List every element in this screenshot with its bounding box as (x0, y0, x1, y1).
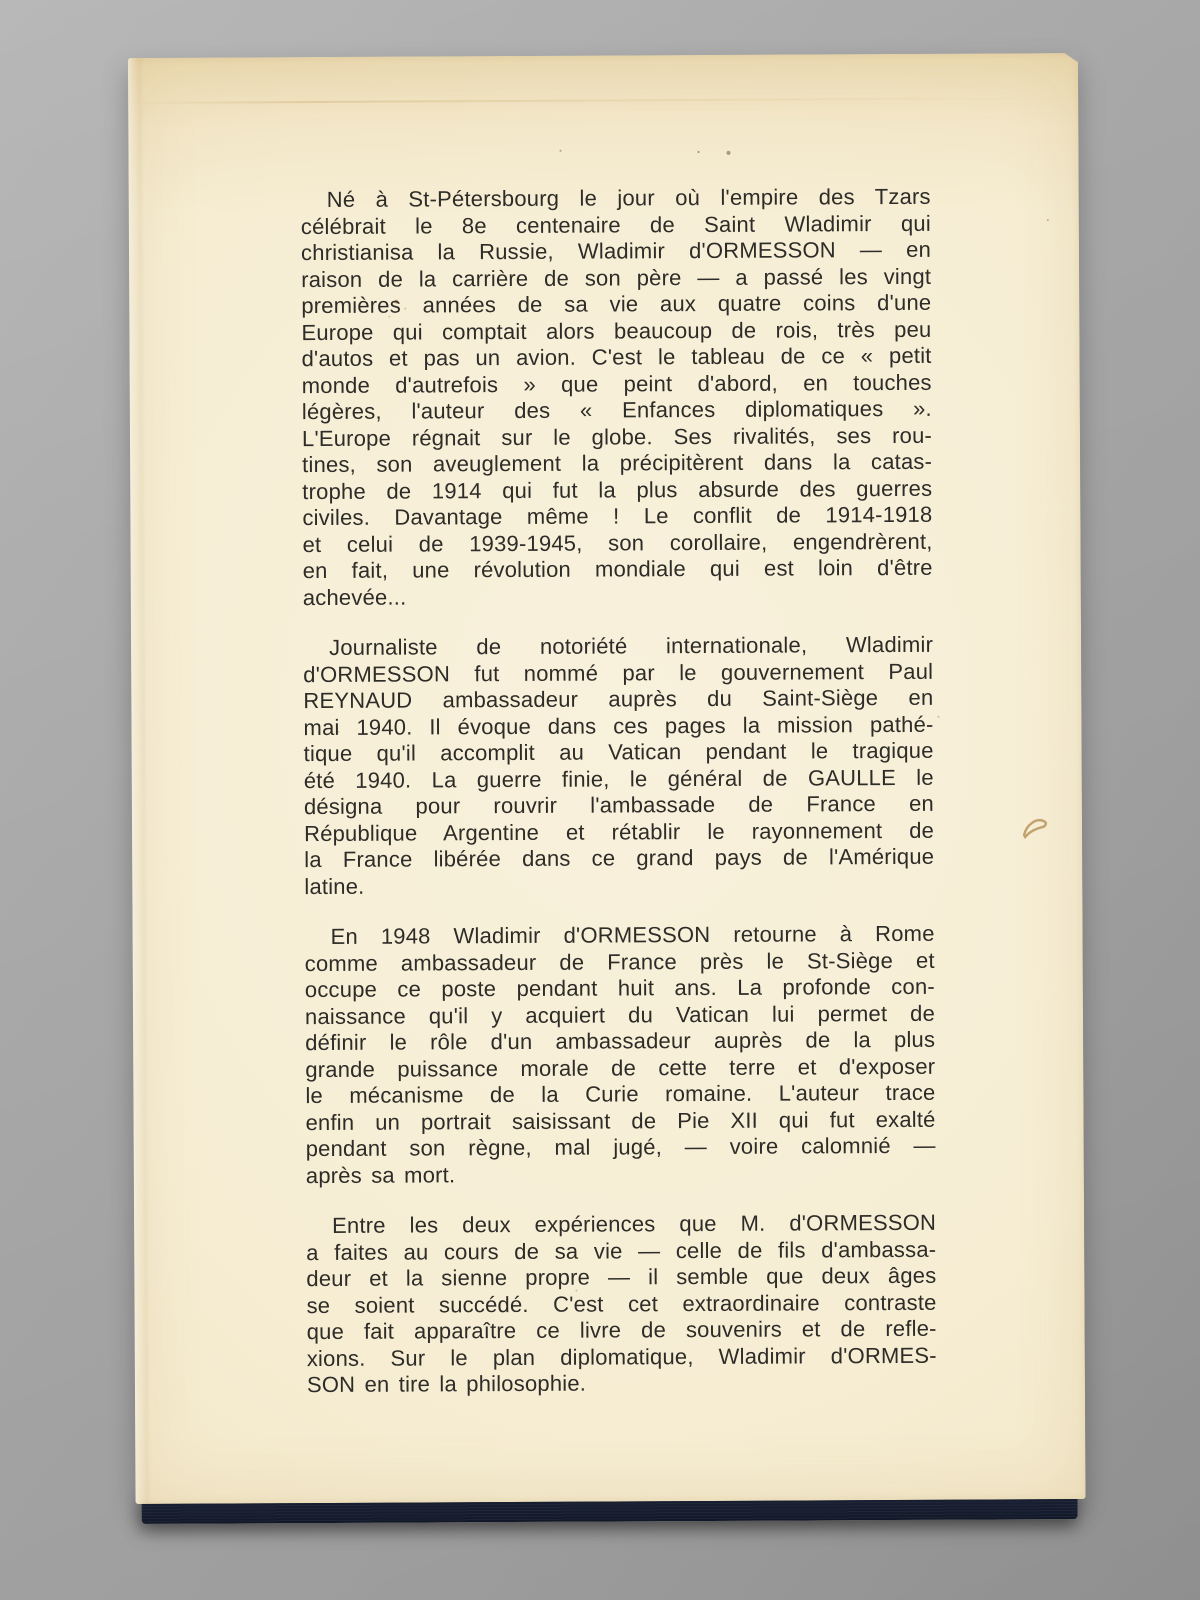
text-line: SON en tire la philosophie. (307, 1369, 937, 1399)
text-line: après sa mort. (306, 1159, 936, 1189)
text-line: d'autos et pas un avion. C'est le tablea… (302, 343, 932, 373)
text-line: tique qu'il accomplit au Vatican pendant… (304, 738, 934, 768)
text-line: tines, son aveuglement la précipitèrent … (302, 449, 932, 479)
paragraph: Journaliste de notoriété internationale,… (303, 632, 934, 900)
text-line: Europe qui comptait alors beaucoup de ro… (301, 316, 931, 346)
paragraph: Né à St-Pétersbourg le jour où l'empire … (301, 184, 933, 611)
jacket-crease (128, 97, 1078, 104)
text-line: trophe de 1914 qui fut la plus absurde d… (302, 475, 932, 505)
text-line: été 1940. La guerre finie, le général de… (304, 764, 934, 794)
paragraph: Entre les deux expériences que M. d'ORME… (306, 1210, 937, 1399)
text-line: christianisa la Russie, Wladimir d'ORMES… (301, 237, 931, 267)
text-line: République Argentine et rétablir le rayo… (304, 817, 934, 847)
stain-curl-icon (1020, 809, 1060, 849)
text-line: légères, l'auteur des « Enfances diploma… (302, 396, 932, 426)
text-line: grande puissance morale de cette terre e… (305, 1053, 935, 1083)
text-line: et celui de 1939-1945, son corollaire, e… (302, 528, 932, 558)
dust-jacket: Né à St-Pétersbourg le jour où l'empire … (128, 53, 1086, 1504)
text-line: désigna pour rouvrir l'ambassade de Fran… (304, 791, 934, 821)
text-line: premières années de sa vie aux quatre co… (301, 290, 931, 320)
text-line: civiles. Davantage même ! Le conflit de … (302, 502, 932, 532)
text-line: xions. Sur le plan diplomatique, Wladimi… (307, 1342, 937, 1372)
text-line: en fait, une révolution mondiale qui est… (303, 555, 933, 585)
text-line: achevée... (303, 581, 933, 611)
text-line: occupe ce poste pendant huit ans. La pro… (305, 974, 935, 1004)
text-line: Journaliste de notoriété internationale,… (303, 632, 933, 662)
text-line: Entre les deux expériences que M. d'ORME… (306, 1210, 936, 1240)
book-back-cover: Né à St-Pétersbourg le jour où l'empire … (128, 53, 1086, 1504)
text-line: monde d'autrefois » que peint d'abord, e… (302, 369, 932, 399)
text-line: la France libérée dans ce grand pays de … (304, 844, 934, 874)
text-line: pendant son règne, mal jugé, — voire cal… (306, 1133, 936, 1163)
text-line: que fait apparaître ce livre de souvenir… (307, 1316, 937, 1346)
text-line: mai 1940. Il évoque dans ces pages la mi… (303, 711, 933, 741)
text-line: enfin un portrait saisissant de Pie XII … (306, 1106, 936, 1136)
text-line: définir le rôle d'un ambassadeur auprès … (305, 1027, 935, 1057)
text-line: le mécanisme de la Curie romaine. L'aute… (305, 1080, 935, 1110)
text-line: célébrait le 8e centenaire de Saint Wlad… (301, 210, 931, 240)
paragraph: En 1948 Wladimir d'ORMESSON retourne à R… (305, 921, 936, 1189)
text-line: se soient succédé. C'est cet extraordina… (306, 1289, 936, 1319)
text-line: a faites au cours de sa vie — celle de f… (306, 1236, 936, 1266)
photo-backdrop: Né à St-Pétersbourg le jour où l'empire … (0, 0, 1200, 1600)
text-line: deur et la sienne propre — il semble que… (306, 1263, 936, 1293)
text-line: naissance qu'il y acquiert du Vatican lu… (305, 1000, 935, 1030)
back-cover-text: Né à St-Pétersbourg le jour où l'empire … (301, 184, 937, 1399)
text-line: Né à St-Pétersbourg le jour où l'empire … (301, 184, 931, 214)
text-line: raison de la carrière de son père — a pa… (301, 263, 931, 293)
text-line: L'Europe régnait sur le globe. Ses rival… (302, 422, 932, 452)
text-line: comme ambassadeur de France près le St-S… (305, 947, 935, 977)
stain-mark (1020, 809, 1060, 849)
text-line: En 1948 Wladimir d'ORMESSON retourne à R… (305, 921, 935, 951)
text-line: d'ORMESSON fut nommé par le gouvernement… (303, 658, 933, 688)
text-line: latine. (304, 870, 934, 900)
text-line: REYNAUD ambassadeur auprès du Saint-Sièg… (303, 685, 933, 715)
